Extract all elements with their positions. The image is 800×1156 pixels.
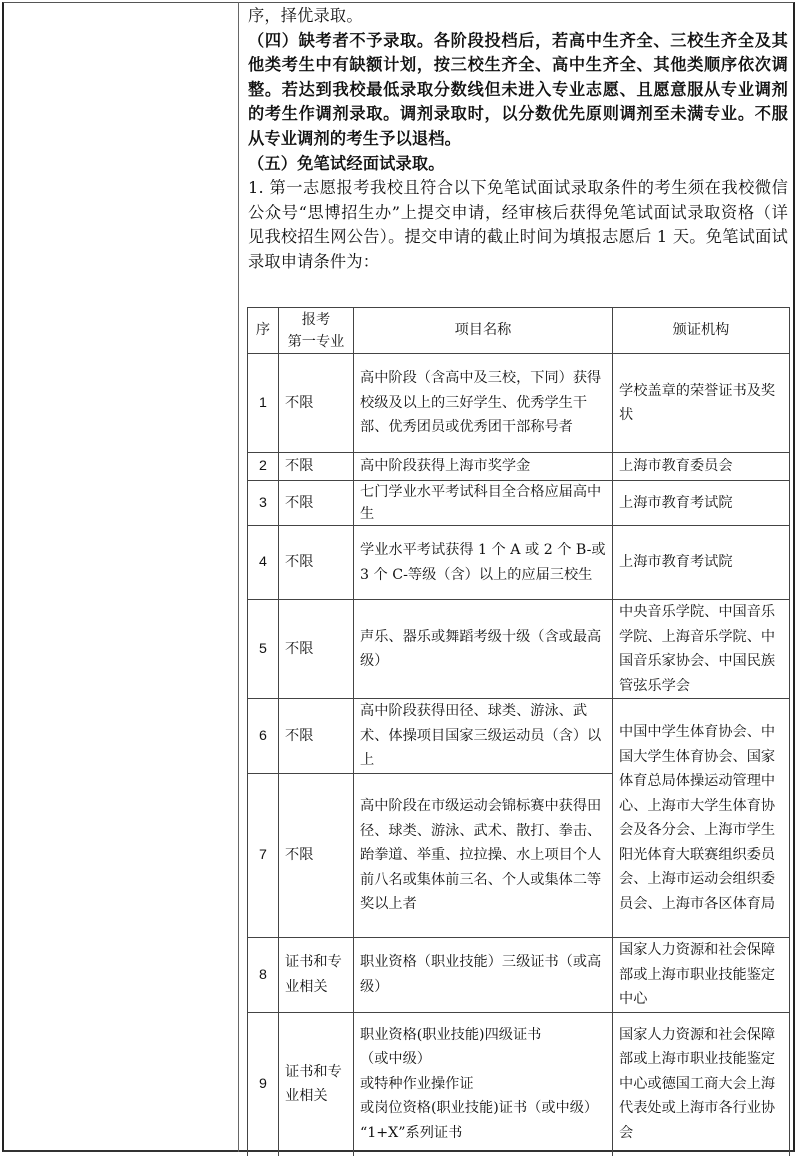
row-item-line: 职业资格(职业技能)四级证书: [360, 1023, 606, 1048]
paragraph-exemption-intro: 1. 第一志愿报考我校且符合以下免笔试面试录取条件的考生须在我校微信公众号“思博…: [248, 176, 788, 274]
header-issuer: 颁证机构: [613, 308, 790, 354]
row-item: 职业资格(职业技能)四级证书 （或中级） 或特种作业操作证 或岗位资格(职业技能…: [354, 1012, 613, 1156]
header-major-line2: 第一专业: [285, 331, 347, 353]
header-major-line1: 报考: [285, 309, 347, 331]
table-row: 6 不限 高中阶段获得田径、球类、游泳、武术、体操项目国家三级运动员（含）以上 …: [248, 699, 790, 774]
exemption-conditions-table: 序 报考 第一专业 项目名称 颁证机构 1 不限 高中阶段（含高中及三校，下同）…: [247, 307, 790, 1156]
row-item: 声乐、器乐或舞蹈考级十级（含或最高级）: [354, 600, 613, 699]
row-seq: 7: [248, 774, 279, 938]
table-row: 9 证书和专业相关 职业资格(职业技能)四级证书 （或中级） 或特种作业操作证 …: [248, 1012, 790, 1156]
row-seq: 4: [248, 526, 279, 600]
table-row: 1 不限 高中阶段（含高中及三校，下同）获得校级及以上的三好学生、优秀学生干部、…: [248, 354, 790, 453]
row-seq: 1: [248, 354, 279, 453]
row-issuer: 国家人力资源和社会保障部或上海市职业技能鉴定中心: [613, 938, 790, 1013]
row-item-line: 或岗位资格(职业技能)证书（或中级）: [360, 1096, 606, 1121]
table-row: 2 不限 高中阶段获得上海市奖学金 上海市教育委员会: [248, 453, 790, 481]
row-item-line: “1+X”系列证书: [360, 1121, 606, 1146]
row-item-line: 或特种作业操作证: [360, 1072, 606, 1097]
row-item: 职业资格（职业技能）三级证书（或高级）: [354, 938, 613, 1013]
row-major: 证书和专业相关: [279, 938, 354, 1013]
row-item-line: （或中级）: [360, 1047, 606, 1072]
header-item: 项目名称: [354, 308, 613, 354]
header-seq: 序: [248, 308, 279, 354]
row-seq: 3: [248, 481, 279, 526]
row-issuer: 上海市教育考试院: [613, 481, 790, 526]
left-margin-column: [2, 2, 239, 1152]
table-row: 5 不限 声乐、器乐或舞蹈考级十级（含或最高级） 中央音乐学院、中国音乐学院、上…: [248, 600, 790, 699]
row-major: 不限: [279, 699, 354, 774]
row-item: 高中阶段获得田径、球类、游泳、武术、体操项目国家三级运动员（含）以上: [354, 699, 613, 774]
table-row: 3 不限 七门学业水平考试科目全合格应届高中生 上海市教育考试院: [248, 481, 790, 526]
row-major: 不限: [279, 526, 354, 600]
row-issuer: 上海市教育委员会: [613, 453, 790, 481]
paragraph-section-four: （四）缺考者不予录取。各阶段投档后，若高中生齐全、三校生齐全及其他类考生中有缺额…: [248, 29, 788, 152]
row-item: 高中阶段（含高中及三校，下同）获得校级及以上的三好学生、优秀学生干部、优秀团员或…: [354, 354, 613, 453]
row-major: 不限: [279, 774, 354, 938]
row-seq: 2: [248, 453, 279, 481]
document-body: 序，择优录取。 （四）缺考者不予录取。各阶段投档后，若高中生齐全、三校生齐全及其…: [248, 4, 788, 275]
row-seq: 8: [248, 938, 279, 1013]
row-issuer: 中央音乐学院、中国音乐学院、上海音乐学院、中国音乐家协会、中国民族管弦乐学会: [613, 600, 790, 699]
paragraph-continuation: 序，择优录取。: [248, 4, 788, 29]
row-issuer: 学校盖章的荣誉证书及奖状: [613, 354, 790, 453]
row-item: 高中阶段在市级运动会锦标赛中获得田径、球类、游泳、武术、散打、拳击、跆拳道、举重…: [354, 774, 613, 938]
row-major: 不限: [279, 453, 354, 481]
row-item: 高中阶段获得上海市奖学金: [354, 453, 613, 481]
row-issuer: 上海市教育考试院: [613, 526, 790, 600]
row-seq: 6: [248, 699, 279, 774]
row-issuer-merged-sports: 中国中学生体育协会、中国大学生体育协会、国家体育总局体操运动管理中心、上海市大学…: [613, 699, 790, 938]
table-header-row: 序 报考 第一专业 项目名称 颁证机构: [248, 308, 790, 354]
row-item: 七门学业水平考试科目全合格应届高中生: [354, 481, 613, 526]
row-seq: 5: [248, 600, 279, 699]
header-major: 报考 第一专业: [279, 308, 354, 354]
row-major: 证书和专业相关: [279, 1012, 354, 1156]
paragraph-section-five-heading: （五）免笔试经面试录取。: [248, 152, 788, 177]
row-major: 不限: [279, 600, 354, 699]
row-major: 不限: [279, 481, 354, 526]
table-row: 4 不限 学业水平考试获得 1 个 A 或 2 个 B-或 3 个 C-等级（含…: [248, 526, 790, 600]
row-issuer: 国家人力资源和社会保障部或上海市职业技能鉴定中心或德国工商大会上海代表处或上海市…: [613, 1012, 790, 1156]
row-item: 学业水平考试获得 1 个 A 或 2 个 B-或 3 个 C-等级（含）以上的应…: [354, 526, 613, 600]
row-major: 不限: [279, 354, 354, 453]
table-row: 8 证书和专业相关 职业资格（职业技能）三级证书（或高级） 国家人力资源和社会保…: [248, 938, 790, 1013]
row-seq: 9: [248, 1012, 279, 1156]
